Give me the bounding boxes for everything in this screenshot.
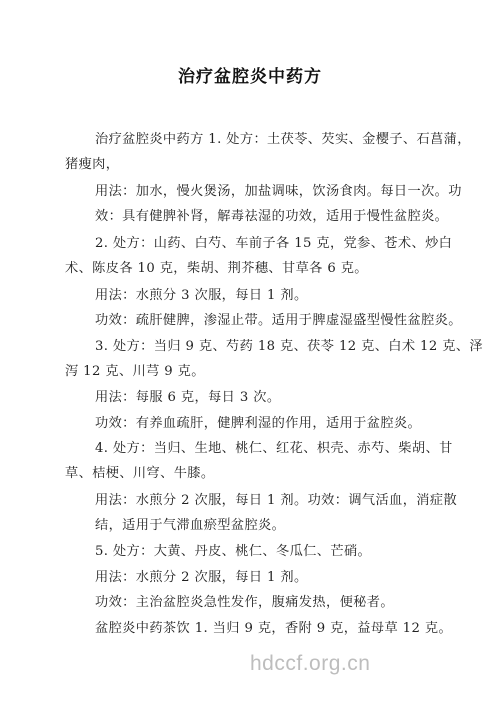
- document-title: 治疗盆腔炎中药方: [0, 62, 500, 87]
- text-line: 4. 处方：当归、生地、桃仁、红花、枳壳、赤芍、柴胡、甘: [95, 437, 453, 456]
- text-line: 3. 处方：当归 9 克、芍药 18 克、茯苓 12 克、白术 12 克、泽: [95, 335, 483, 354]
- text-line: 盆腔炎中药茶饮 1. 当归 9 克，香附 9 克，益母草 12 克。: [95, 617, 452, 636]
- text-line: 术、陈皮各 10 克，柴胡、荆芥穗、甘草各 6 克。: [65, 257, 368, 276]
- text-line: 用法：水煎分 3 次服，每日 1 剂。: [95, 284, 308, 303]
- text-line: 结，适用于气滞血瘀型盆腔炎。: [95, 514, 285, 533]
- watermark: hdccf.org.cn: [250, 652, 370, 676]
- text-line: 5. 处方：大黄、丹皮、桃仁、冬瓜仁、芒硝。: [95, 540, 371, 559]
- text-line: 用法：每服 6 克，每日 3 次。: [95, 386, 280, 405]
- text-line: 功效：主治盆腔炎急性发作，腹痛发热，便秘者。: [95, 591, 394, 610]
- text-line: 效：具有健脾补肾，解毒祛湿的功效，适用于慢性盆腔炎。: [95, 205, 448, 224]
- text-line: 治疗盆腔炎中药方 1. 处方：土茯苓、芡实、金樱子、石菖蒲，: [95, 128, 471, 147]
- text-line: 功效：有养血疏肝，健脾利湿的作用，适用于盆腔炎。: [95, 412, 421, 431]
- text-line: 功效：疏肝健脾，渗湿止带。适用于脾虚湿盛型慢性盆腔炎。: [95, 309, 462, 328]
- text-line: 用法：水煎分 2 次服，每日 1 剂。功效：调气活血，消症散: [95, 489, 457, 508]
- text-line: 猪瘦肉，: [65, 153, 119, 172]
- text-line: 泻 12 克、川芎 9 克。: [65, 360, 205, 379]
- text-line: 2. 处方：山药、白芍、车前子各 15 克，党参、苍术、炒白: [95, 232, 452, 251]
- text-line: 草、桔梗、川穹、牛膝。: [65, 462, 214, 481]
- text-line: 用法：加水，慢火煲汤，加盐调味，饮汤食肉。每日一次。功: [95, 180, 462, 199]
- text-line: 用法：水煎分 2 次服，每日 1 剂。: [95, 566, 308, 585]
